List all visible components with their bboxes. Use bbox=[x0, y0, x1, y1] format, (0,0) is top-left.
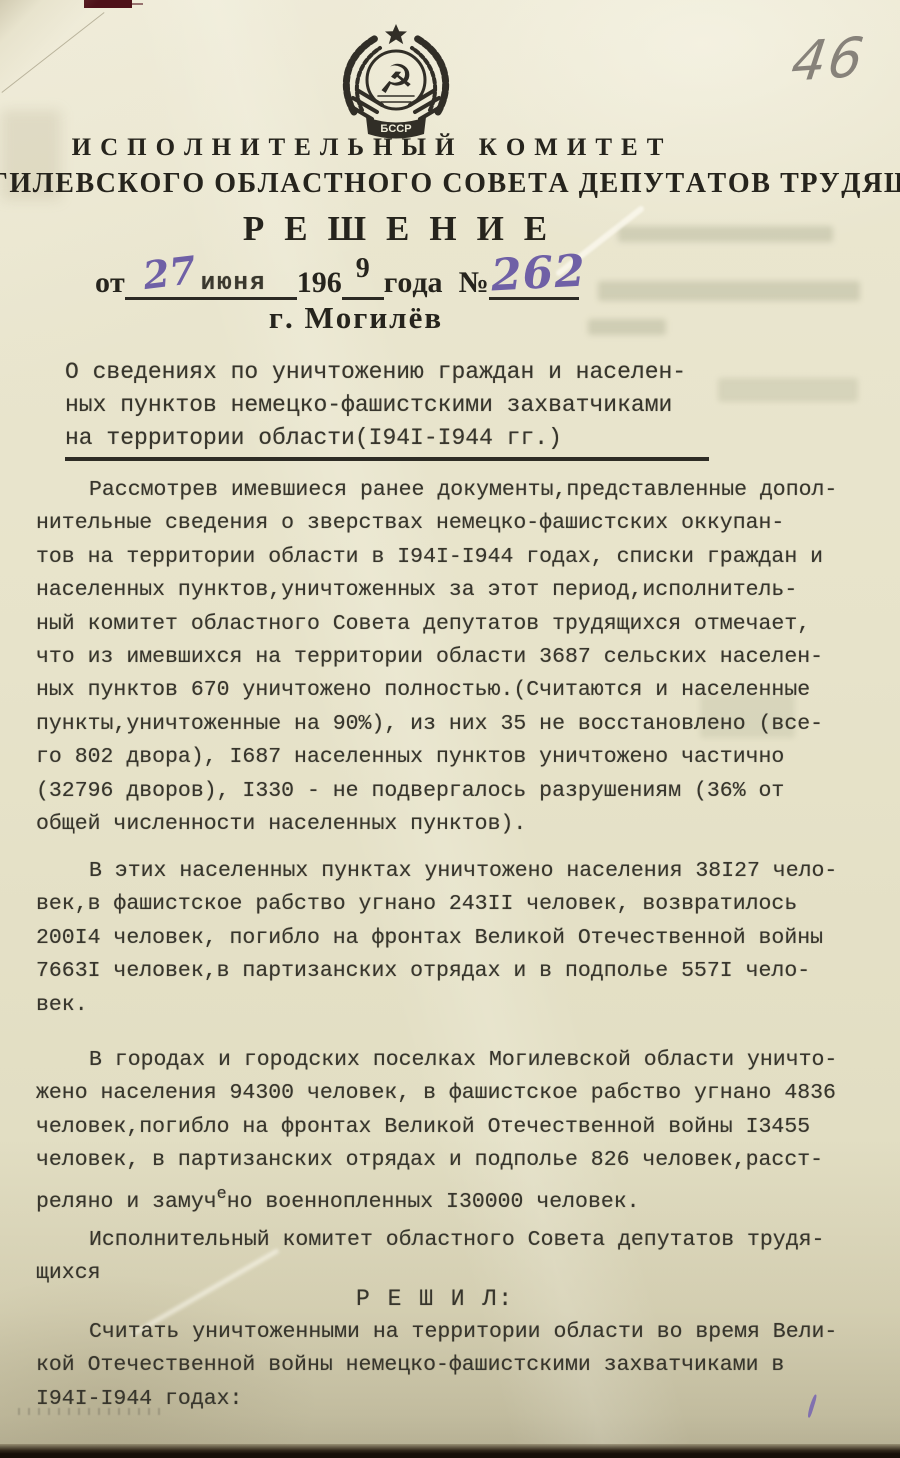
date-line: от27июня1969года№262 bbox=[95, 252, 579, 300]
date-prefix: от bbox=[95, 266, 125, 300]
typed-month: июня bbox=[201, 270, 267, 297]
subject-line2: ных пунктов немецко-фашистскими захватчи… bbox=[65, 389, 709, 422]
paragraph-5: Считать уничтоженными на территории обла… bbox=[36, 1316, 868, 1416]
year-printed: 196 bbox=[297, 266, 342, 300]
number-sign: № bbox=[459, 266, 489, 300]
city-line: г. Могилёв bbox=[0, 300, 712, 336]
typed-year-digit: 9 bbox=[356, 253, 370, 285]
ink-bleedthrough bbox=[598, 281, 860, 301]
paragraph-3: В городах и городских поселках Могилевск… bbox=[36, 1044, 868, 1219]
subject-line3-underlined: на территории области(I94I-I944 гг.) bbox=[65, 422, 709, 461]
year-digit-blank: 9 bbox=[342, 249, 384, 300]
year-suffix: года bbox=[384, 266, 443, 300]
subject-line1: О сведениях по уничтожению граждан и нас… bbox=[65, 356, 709, 389]
org-name-line1: ИСПОЛНИТЕЛЬНЫЙ КОМИТЕТ bbox=[0, 134, 744, 162]
paragraph-1: Рассмотрев имевшиеся ранее документы,пре… bbox=[36, 474, 868, 841]
resolution-heading: Р Е Ш И Л: bbox=[0, 1286, 870, 1312]
document-type-heading: РЕШЕНИЕ bbox=[0, 209, 810, 249]
subject-block: О сведениях по уничтожению граждан и нас… bbox=[65, 356, 709, 461]
scanned-document-page: 46 ☭ БССР ИСПОЛНИТЕЛЬНЫЙ КОМИТЕТ ГИЛЕВСК… bbox=[0, 0, 900, 1458]
ink-bleedthrough bbox=[718, 378, 858, 402]
star-icon bbox=[385, 24, 407, 44]
pencil-marks bbox=[18, 1408, 168, 1415]
handwritten-doc-number: 262 bbox=[489, 246, 586, 302]
date-blank-line: 27июня bbox=[125, 249, 297, 300]
handwritten-day: 27 bbox=[140, 247, 198, 298]
paragraph-4: Исполнительный комитет областного Совета… bbox=[36, 1224, 868, 1291]
org-name-line2: ГИЛЕВСКОГО ОБЛАСТНОГО СОВЕТА ДЕПУТАТОВ Т… bbox=[0, 168, 900, 200]
page-number: 46 bbox=[788, 25, 870, 94]
corner-fold bbox=[0, 0, 120, 120]
paragraph-3-text: но военнопленных I30000 человек. bbox=[227, 1190, 640, 1214]
number-blank-line: 262 bbox=[489, 249, 579, 300]
scan-edge bbox=[0, 1444, 900, 1458]
bssr-coat-of-arms-icon: ☭ БССР bbox=[320, 20, 472, 144]
paragraph-2: В этих населенных пунктах уничтожено нас… bbox=[36, 855, 868, 1022]
typed-correction-superscript: е bbox=[217, 1185, 227, 1204]
hammer-sickle-icon: ☭ bbox=[378, 57, 414, 103]
